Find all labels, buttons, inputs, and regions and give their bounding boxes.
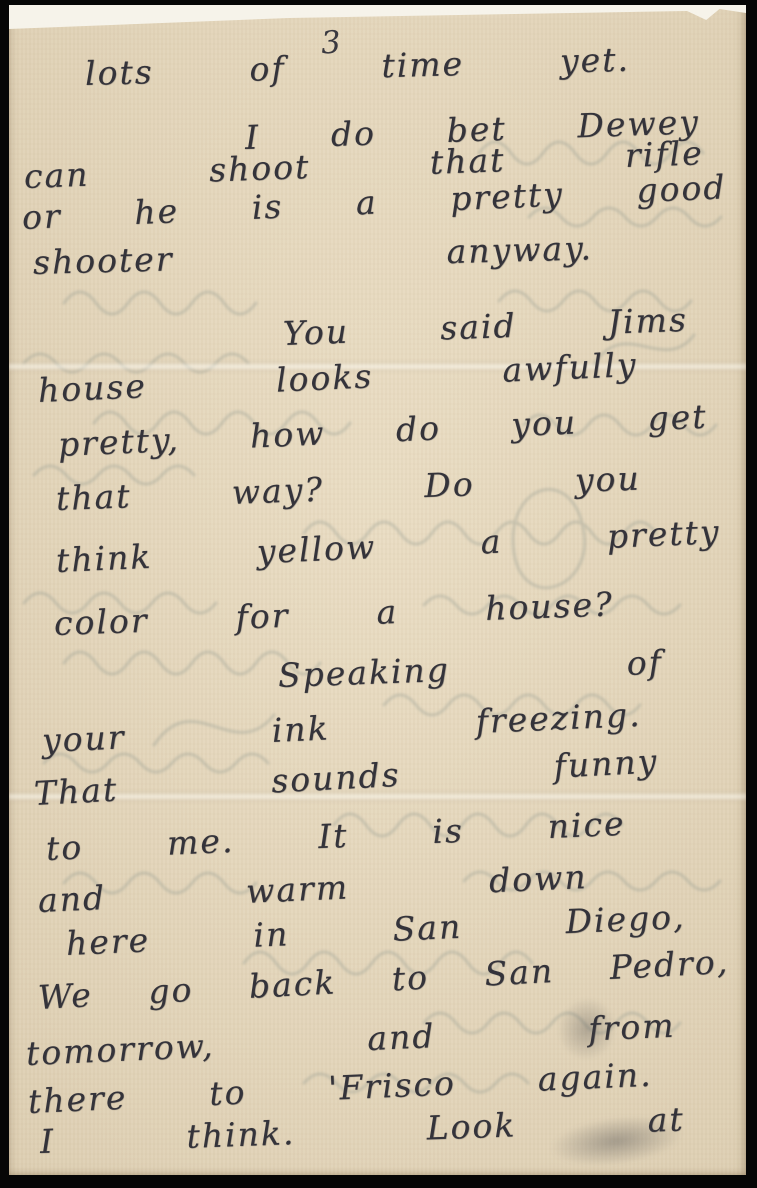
scanned-letter-page: 3 lots of time yet. I do bet Dewey can s… bbox=[0, 0, 757, 1188]
letter-paper: 3 lots of time yet. I do bet Dewey can s… bbox=[9, 5, 746, 1175]
